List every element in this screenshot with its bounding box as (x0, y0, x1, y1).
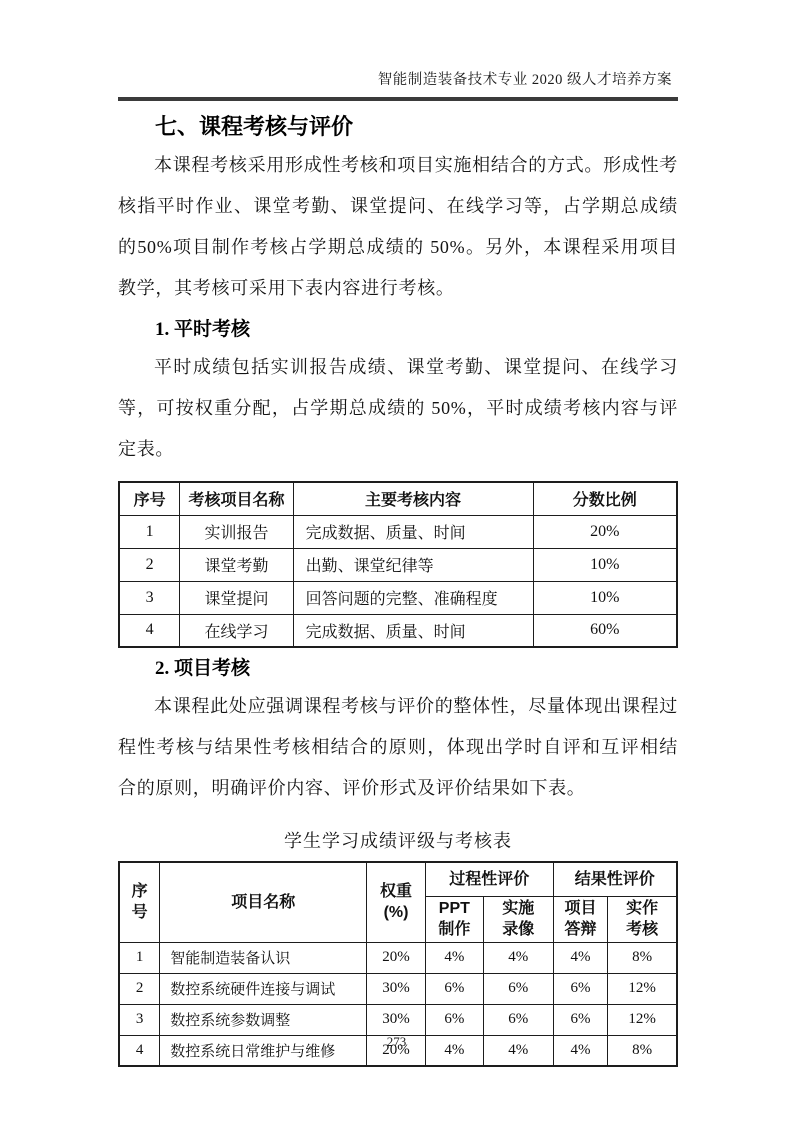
col-group-result-evaluation: 结果性评价 (553, 862, 677, 896)
cell-item-name: 实训报告 (180, 515, 293, 548)
subheading-project-assessment: 2. 项目考核 (155, 657, 678, 681)
table-row: 2 数控系统硬件连接与调试 30% 6% 6% 6% 12% (119, 973, 677, 1004)
table-row: 3 数控系统参数调整 30% 6% 6% 6% 12% (119, 1004, 677, 1035)
col-header-index: 序号 (119, 482, 180, 515)
cell-video: 6% (483, 973, 553, 1004)
subheading-regular-assessment: 1. 平时考核 (155, 318, 678, 342)
cell-index: 1 (119, 942, 160, 973)
cell-main-content: 完成数据、质量、时间 (293, 614, 533, 647)
cell-defense: 6% (553, 1004, 608, 1035)
document-page: { "header": { "text": "智能制造装备技术专业 2020 级… (0, 0, 793, 1122)
page-content: 智能制造装备技术专业 2020 级人才培养方案 七、课程考核与评价 本课程考核采… (118, 0, 678, 1067)
paragraph-project-assessment: 本课程此处应强调课程考核与评价的整体性，尽量体现出课程过程性考核与结果性考核相结… (118, 686, 678, 809)
table-header-group-row: 序 号 项目名称 权重 (%) 过程性评价 结果性评价 (119, 862, 677, 896)
cell-practical: 8% (608, 942, 677, 973)
col-header-index: 序 号 (119, 862, 160, 942)
col-header-project-name: 项目名称 (160, 862, 367, 942)
cell-index: 3 (119, 1004, 160, 1035)
cell-weight: 20% (367, 942, 426, 973)
cell-defense: 4% (553, 942, 608, 973)
cell-project-name: 数控系统硬件连接与调试 (160, 973, 367, 1004)
page-number: 273 (0, 1034, 793, 1050)
cell-video: 4% (483, 942, 553, 973)
regular-assessment-table: 序号 考核项目名称 主要考核内容 分数比例 1 实训报告 完成数据、质量、时间 … (118, 481, 678, 648)
cell-index: 2 (119, 548, 180, 581)
paragraph-intro: 本课程考核采用形成性考核和项目实施相结合的方式。形成性考核指平时作业、课堂考勤、… (118, 145, 678, 309)
running-header: 智能制造装备技术专业 2020 级人才培养方案 (118, 70, 678, 90)
cell-index: 3 (119, 581, 180, 614)
col-header-item-name: 考核项目名称 (180, 482, 293, 515)
col-header-main-content: 主要考核内容 (293, 482, 533, 515)
col-group-process-evaluation: 过程性评价 (425, 862, 553, 896)
cell-main-content: 回答问题的完整、准确程度 (293, 581, 533, 614)
cell-weight: 30% (367, 973, 426, 1004)
table-header-row: 序号 考核项目名称 主要考核内容 分数比例 (119, 482, 677, 515)
cell-item-name: 在线学习 (180, 614, 293, 647)
cell-ppt: 4% (425, 942, 483, 973)
cell-practical: 12% (608, 973, 677, 1004)
cell-score-ratio: 20% (533, 515, 677, 548)
cell-main-content: 完成数据、质量、时间 (293, 515, 533, 548)
cell-item-name: 课堂考勤 (180, 548, 293, 581)
col-header-practical: 实作 考核 (608, 896, 677, 942)
cell-main-content: 出勤、课堂纪律等 (293, 548, 533, 581)
table-row: 2 课堂考勤 出勤、课堂纪律等 10% (119, 548, 677, 581)
table-row: 3 课堂提问 回答问题的完整、准确程度 10% (119, 581, 677, 614)
col-header-weight: 权重 (%) (367, 862, 426, 942)
cell-video: 6% (483, 1004, 553, 1035)
header-rule (118, 97, 678, 101)
cell-index: 4 (119, 614, 180, 647)
cell-practical: 12% (608, 1004, 677, 1035)
grade-table-caption: 学生学习成绩评级与考核表 (118, 830, 678, 852)
cell-index: 1 (119, 515, 180, 548)
paragraph-regular-assessment: 平时成绩包括实训报告成绩、课堂考勤、课堂提问、在线学习等，可按权重分配，占学期总… (118, 347, 678, 470)
cell-ppt: 6% (425, 973, 483, 1004)
cell-score-ratio: 10% (533, 581, 677, 614)
table-row: 4 在线学习 完成数据、质量、时间 60% (119, 614, 677, 647)
cell-defense: 6% (553, 973, 608, 1004)
col-header-video: 实施 录像 (483, 896, 553, 942)
cell-score-ratio: 10% (533, 548, 677, 581)
col-header-defense: 项目 答辩 (553, 896, 608, 942)
section-title: 七、课程考核与评价 (155, 114, 678, 140)
table-row: 1 智能制造装备认识 20% 4% 4% 4% 8% (119, 942, 677, 973)
cell-item-name: 课堂提问 (180, 581, 293, 614)
cell-project-name: 数控系统参数调整 (160, 1004, 367, 1035)
table-row: 1 实训报告 完成数据、质量、时间 20% (119, 515, 677, 548)
cell-score-ratio: 60% (533, 614, 677, 647)
cell-ppt: 6% (425, 1004, 483, 1035)
col-header-ppt: PPT 制作 (425, 896, 483, 942)
cell-project-name: 智能制造装备认识 (160, 942, 367, 973)
cell-weight: 30% (367, 1004, 426, 1035)
cell-index: 2 (119, 973, 160, 1004)
col-header-score-ratio: 分数比例 (533, 482, 677, 515)
